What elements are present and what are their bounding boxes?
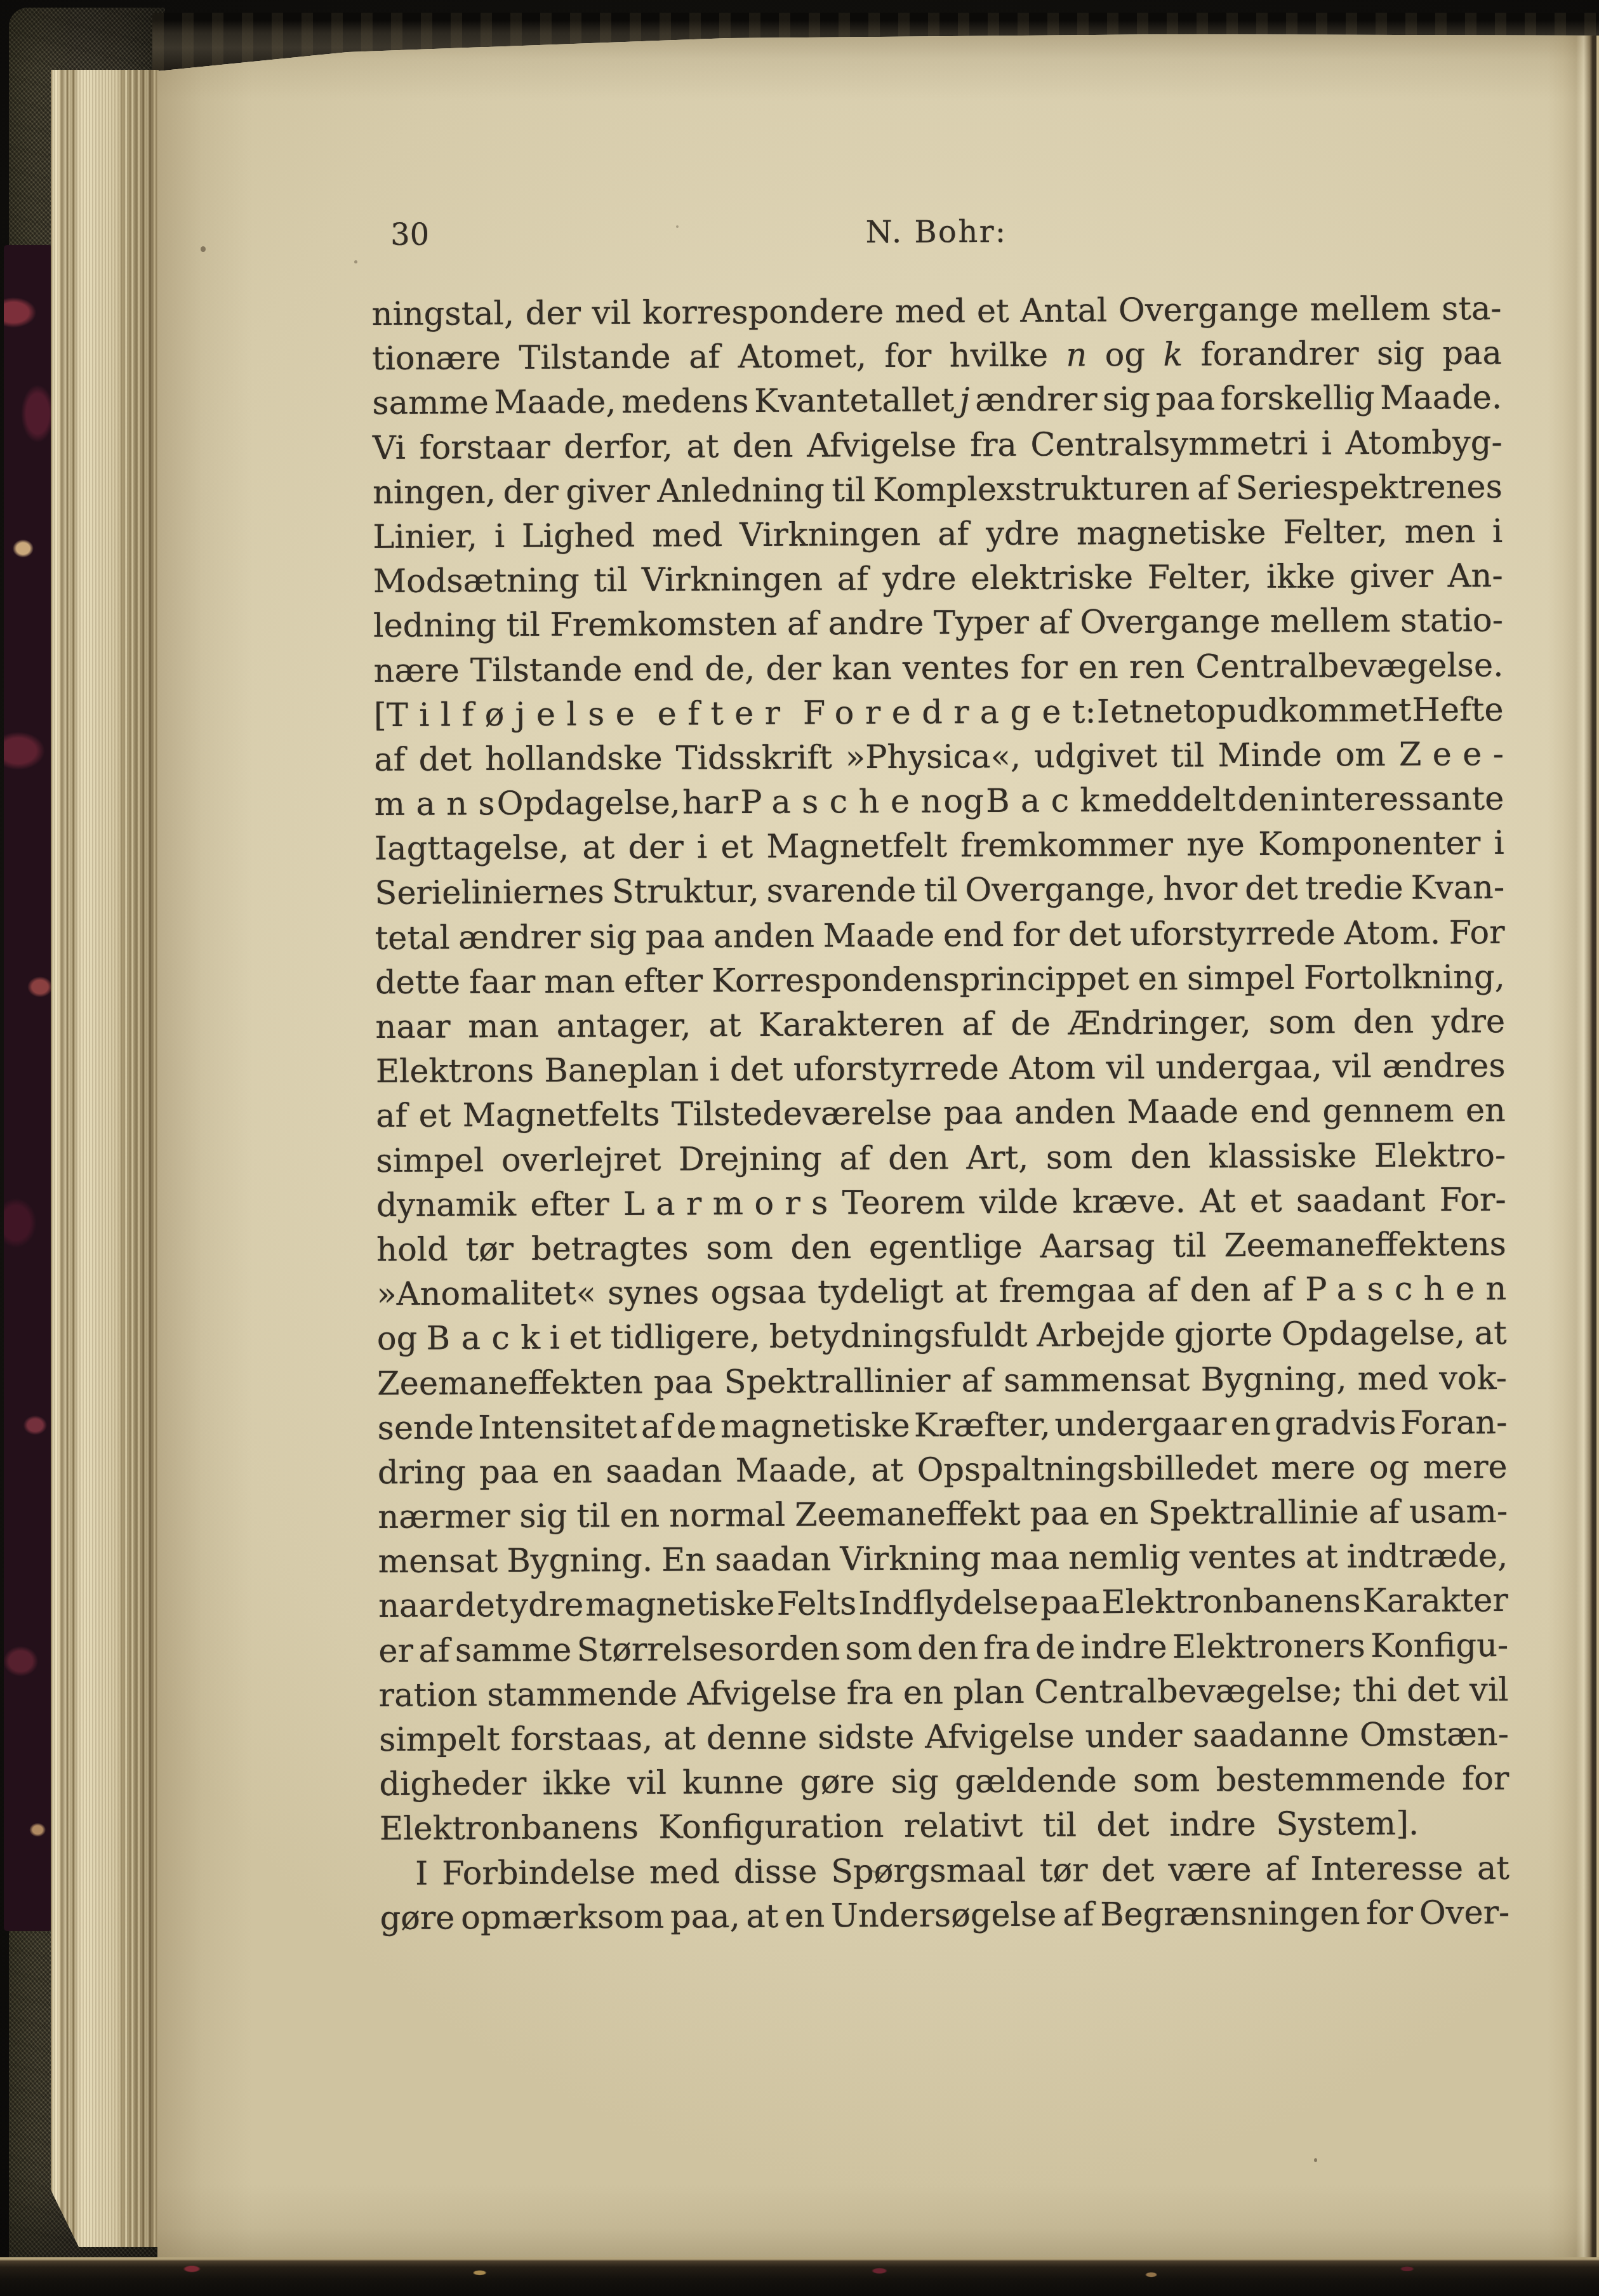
body-line-text: sende Intensitet af de magnetiske Kræfte… — [377, 1404, 1507, 1447]
body-line-text: »Anomalitet« synes ogsaa tydeligt at fre… — [376, 1270, 1506, 1313]
paper-speck — [1314, 2158, 1317, 2162]
body-line: er af samme Størrelsesorden som den fra … — [378, 1624, 1508, 1674]
body-line-text: og Back i et tidligere, betydningsfuldt … — [377, 1315, 1507, 1358]
body-line-text: mans Opdagelse, har Paschen og Back medd… — [375, 780, 1504, 823]
body-line-text: digheder ikke vil kunne gøre sig gældend… — [379, 1760, 1509, 1803]
body-line-text: nære Tilstande end de, der kan ventes fo… — [373, 646, 1503, 689]
body-line-text: ningen, der giver Anledning til Komplexs… — [373, 468, 1503, 512]
body-line: af det hollandske Tidsskrift »Physica«, … — [374, 733, 1504, 783]
body-line: Linier, i Lighed med Virkningen af ydre … — [373, 510, 1503, 560]
body-line: ningen, der giver Anledning til Komplexs… — [373, 465, 1503, 515]
marbled-spine-paper — [4, 245, 52, 1931]
running-header: N. Bohr: — [371, 213, 1501, 251]
body-line-text: nærmer sig til en normal Zeemaneffekt pa… — [378, 1493, 1508, 1536]
body-line-text: Elektronbanens Konfiguration relativt ti… — [380, 1805, 1419, 1848]
body-line-text: [Tilføjelse efter Foredraget: I et netop… — [374, 691, 1504, 734]
paper-speck — [354, 260, 357, 263]
body-line-text: dring paa en saadan Maade, at Opspaltnin… — [378, 1449, 1508, 1492]
body-line-text: af et Magnetfelts Tilstedeværelse paa an… — [376, 1092, 1506, 1135]
body-line-text: Elektrons Baneplan i det uforstyrrede At… — [376, 1047, 1506, 1091]
body-line: nære Tilstande end de, der kan ventes fo… — [373, 643, 1503, 693]
body-line-text: af det hollandske Tidsskrift »Physica«, … — [374, 736, 1504, 779]
body-line: ningstal, der vil korrespondere med et A… — [372, 287, 1502, 337]
body-line: dring paa en saadan Maade, at Opspaltnin… — [378, 1445, 1508, 1496]
body-line: simpelt forstaas, at denne sidste Afvige… — [379, 1713, 1509, 1763]
body-line-text: gøre opmærksom paa, at en Undersøgelse a… — [380, 1894, 1509, 1937]
body-line: Vi forstaar derfor, at den Afvigelse fra… — [373, 421, 1503, 471]
body-line-text: Vi forstaar derfor, at den Afvigelse fra… — [373, 424, 1503, 467]
book-bottom-edge — [0, 2257, 1599, 2296]
body-line-text: naar det ydre magnetiske Felts Indflydel… — [378, 1582, 1508, 1625]
book-page-photo: 30 N. Bohr: ningstal, der vil korrespond… — [0, 0, 1599, 2296]
body-line: af et Magnetfelts Tilstedeværelse paa an… — [376, 1089, 1506, 1139]
body-line-text: dynamik efter Larmors Teorem vilde kræve… — [376, 1181, 1506, 1224]
body-line: dynamik efter Larmors Teorem vilde kræve… — [376, 1178, 1506, 1228]
text-block: 30 N. Bohr: ningstal, der vil korrespond… — [371, 213, 1510, 1941]
body-line: Zeemaneffekten paa Spektrallinier af sam… — [377, 1356, 1507, 1406]
body-line: naar man antager, at Karakteren af de Æn… — [375, 1000, 1505, 1050]
body-line: tionære Tilstande af Atomet, for hvilke … — [372, 331, 1502, 382]
body-line: naar det ydre magnetiske Felts Indflydel… — [378, 1579, 1508, 1629]
body-line-text: tionære Tilstande af Atomet, for hvilke … — [372, 335, 1502, 378]
body-line: Elektrons Baneplan i det uforstyrrede At… — [376, 1044, 1506, 1094]
body-line: I Forbindelse med disse Spørgsmaal tør d… — [380, 1847, 1509, 1897]
body-line-text: simpel overlejret Drejning af den Art, s… — [376, 1137, 1506, 1180]
body-line: simpel overlejret Drejning af den Art, s… — [376, 1134, 1506, 1184]
body-line-text: samme Maade, medens Kvantetallet j ændre… — [372, 379, 1502, 422]
body-line: Elektronbanens Konfiguration relativt ti… — [380, 1802, 1509, 1852]
body-line-text: Linier, i Lighed med Virkningen af ydre … — [373, 513, 1503, 556]
body-line: Modsætning til Virkningen af ydre elektr… — [373, 554, 1503, 604]
body-line: »Anomalitet« synes ogsaa tydeligt at fre… — [376, 1267, 1506, 1317]
page-number: 30 — [390, 219, 429, 251]
body-line-text: Zeemaneffekten paa Spektrallinier af sam… — [377, 1359, 1507, 1402]
body-line-text: tetal ændrer sig paa anden Maade end for… — [375, 914, 1505, 957]
page-surface: 30 N. Bohr: ningstal, der vil korrespond… — [157, 30, 1599, 2266]
body-line: mensat Bygning. En saadan Virkning maa n… — [378, 1534, 1508, 1584]
body-line: nærmer sig til en normal Zeemaneffekt pa… — [378, 1490, 1508, 1540]
body-line: hold tør betragtes som den egentlige Aar… — [376, 1223, 1506, 1273]
body-line: Serieliniernes Struktur, svarende til Ov… — [375, 866, 1504, 916]
body-line: gøre opmærksom paa, at en Undersøgelse a… — [380, 1891, 1509, 1941]
body-line-text: ningstal, der vil korrespondere med et A… — [372, 290, 1502, 333]
body-line: [Tilføjelse efter Foredraget: I et netop… — [374, 688, 1504, 738]
body-line-text: Iagttagelse, at der i et Magnetfelt frem… — [375, 825, 1504, 868]
body-lines: ningstal, der vil korrespondere med et A… — [372, 287, 1510, 1941]
body-line: Iagttagelse, at der i et Magnetfelt frem… — [375, 821, 1504, 872]
body-line: ration stammende Afvigelse fra en plan C… — [379, 1668, 1509, 1718]
body-line: digheder ikke vil kunne gøre sig gældend… — [379, 1757, 1509, 1807]
body-line-text: simpelt forstaas, at denne sidste Afvige… — [379, 1716, 1509, 1759]
body-line-text: naar man antager, at Karakteren af de Æn… — [375, 1003, 1505, 1046]
body-line-text: Serieliniernes Struktur, svarende til Ov… — [375, 869, 1504, 912]
body-line: sende Intensitet af de magnetiske Kræfte… — [377, 1401, 1507, 1451]
body-line-text: er af samme Størrelsesorden som den fra … — [378, 1627, 1508, 1670]
body-line-text: I Forbindelse med disse Spørgsmaal tør d… — [415, 1850, 1509, 1893]
body-line-text: dette faar man efter Korrespondensprinci… — [375, 959, 1505, 1002]
page-header: 30 N. Bohr: — [371, 213, 1501, 251]
body-line: ledning til Fremkomsten af andre Typer a… — [373, 599, 1503, 649]
body-line-text: hold tør betragtes som den egentlige Aar… — [376, 1226, 1506, 1269]
body-line: og Back i et tidligere, betydningsfuldt … — [377, 1311, 1507, 1362]
body-line: tetal ændrer sig paa anden Maade end for… — [375, 911, 1505, 961]
paper-speck — [201, 246, 206, 252]
body-line-text: Modsætning til Virkningen af ydre elektr… — [373, 557, 1503, 601]
body-line: mans Opdagelse, har Paschen og Back medd… — [374, 777, 1504, 827]
body-line: dette faar man efter Korrespondensprinci… — [375, 955, 1505, 1005]
body-line-text: ration stammende Afvigelse fra en plan C… — [379, 1671, 1509, 1715]
body-line: samme Maade, medens Kvantetallet j ændre… — [372, 376, 1502, 426]
page-edge-stack — [51, 70, 159, 2247]
body-line-text: ledning til Fremkomsten af andre Typer a… — [373, 602, 1503, 645]
body-line-text: mensat Bygning. En saadan Virkning maa n… — [378, 1537, 1508, 1581]
